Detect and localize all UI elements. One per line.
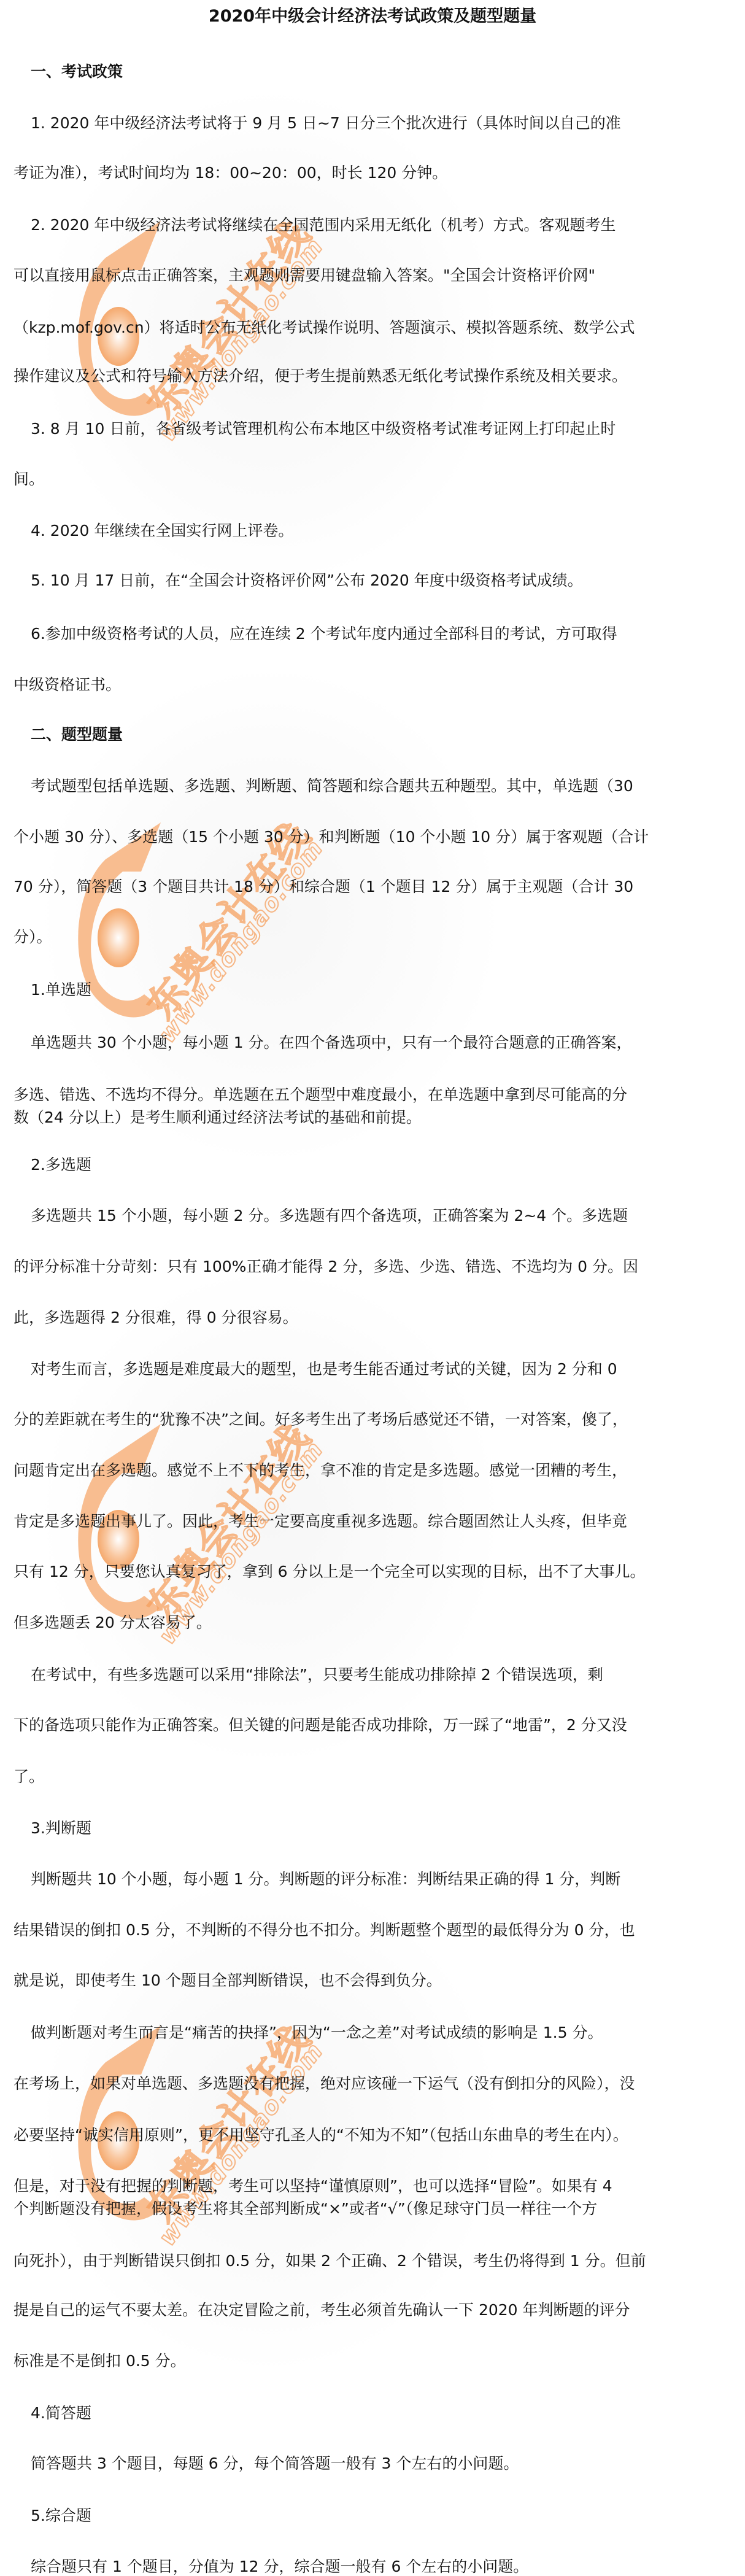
policy-item-2-cont: （kzp.mof.gov.cn）将适时公布无纸化考试操作说明、答题演示、模拟答题…	[14, 319, 635, 337]
multiple-choice-para-2-cont: 只有 12 分，只要您认真复习了，拿到 6 分以上是一个完全可以实现的目标，出不…	[14, 1563, 646, 1581]
subheading-comprehensive: 5.综合题	[31, 2507, 91, 2525]
policy-item-4: 4. 2020 年继续在全国实行网上评卷。	[31, 522, 293, 540]
multiple-choice-para-2-cont: 问题肯定出在多选题。感觉不上不下的考生，拿不准的肯定是多选题。感觉一团糟的考生，	[14, 1461, 627, 1480]
multiple-choice-para-2: 对考生而言，多选题是难度最大的题型，也是考生能否通过考试的关键，因为 2 分和 …	[31, 1360, 617, 1379]
types-intro-cont: 个小题 30 分）、多选题（15 个小题 30 分）和判断题（10 个小题 10…	[14, 828, 649, 846]
multiple-choice-para-1-cont: 此，多选题得 2 分很难，得 0 分很容易。	[14, 1309, 298, 1327]
subheading-multiple-choice: 2.多选题	[31, 1156, 91, 1174]
true-false-para-2-cont: 向死扑），由于判断错误只倒扣 0.5 分，如果 2 个正确、2 个错误，考生仍将…	[14, 2252, 646, 2270]
true-false-para-2: 做判断题对考生而言是“痛苦的抉择”，因为“一念之差”对考试成绩的影响是 1.5 …	[31, 2024, 603, 2042]
section-heading-policy: 一、考试政策	[31, 63, 123, 81]
article: 2020年中级会计经济法考试政策及题型题量 一、考试政策 1. 2020 年中级…	[0, 0, 745, 2576]
true-false-para-2-cont: 标准是不是倒扣 0.5 分。	[14, 2352, 186, 2370]
multiple-choice-para-2-cont: 但多选题丢 20 分太容易了。	[14, 1614, 212, 1632]
multiple-choice-para-1-cont: 的评分标准十分苛刻：只有 100%正确才能得 2 分，多选、少选、错选、不选均为…	[14, 1258, 638, 1276]
true-false-para-1-cont: 结果错误的倒扣 0.5 分，不判断的不得分也不扣分。判断题整个题型的最低得分为 …	[14, 1921, 635, 1940]
policy-item-6-cont: 中级资格证书。	[14, 676, 121, 694]
types-intro-cont: 70 分），简答题（3 个题目共计 18 分）和综合题（1 个题目 12 分）属…	[14, 878, 633, 896]
single-choice-para-cont: 数（24 分以上）是考生顺利通过经济法考试的基础和前提。	[14, 1108, 422, 1127]
true-false-para-2-cont: 必要坚持“诚实信用原则”，更不用坚守孔圣人的“不知为不知”（包括山东曲阜的考生在…	[14, 2126, 628, 2145]
short-answer-para: 简答题共 3 个题目，每题 6 分，每个简答题一般有 3 个左右的小问题。	[31, 2454, 519, 2473]
multiple-choice-para-3-cont: 了。	[14, 1768, 44, 1786]
types-intro: 考试题型包括单选题、多选题、判断题、简答题和综合题共五种题型。其中，单选题（30	[31, 777, 633, 795]
single-choice-para: 单选题共 30 个小题，每小题 1 分。在四个备选项中，只有一个最符合题意的正确…	[31, 1034, 632, 1052]
policy-item-5: 5. 10 月 17 日前，在“全国会计资格评价网”公布 2020 年度中级资格…	[31, 571, 583, 590]
multiple-choice-para-1: 多选题共 15 个小题，每小题 2 分。多选题有四个备选项，正确答案为 2~4 …	[31, 1207, 628, 1225]
subheading-short-answer: 4.简答题	[31, 2404, 91, 2423]
policy-item-2-cont: 可以直接用鼠标点击正确答案，主观题则需要用键盘输入答案。"全国会计资格评价网"	[14, 266, 595, 285]
single-choice-para-cont: 多选、错选、不选均不得分。单选题在五个题型中难度最小，在单选题中拿到尽可能高的分	[14, 1086, 627, 1104]
policy-item-3-cont: 间。	[14, 470, 44, 489]
policy-item-1-cont: 考证为准），考试时间均为 18：00~20：00，时长 120 分钟。	[14, 164, 447, 182]
multiple-choice-para-3-cont: 下的备选项只能作为正确答案。但关键的问题是能否成功排除，万一踩了“地雷”，2 分…	[14, 1716, 627, 1735]
true-false-para-2-cont: 提是自己的运气不要太差。在决定冒险之前，考生必须首先确认一下 2020 年判断题…	[14, 2301, 630, 2319]
policy-item-1: 1. 2020 年中级经济法考试将于 9 月 5 日~7 日分三个批次进行（具体…	[31, 114, 621, 133]
section-heading-question-types: 二、题型题量	[31, 725, 123, 744]
multiple-choice-para-3: 在考试中，有些多选题可以采用“排除法”，只要考生能成功排除掉 2 个错误选项，剩	[31, 1666, 603, 1684]
true-false-para-2-cont: 个判断题没有把握，假设考生将其全部判断成“×”或者“√”（像足球守门员一样往一个…	[14, 2200, 597, 2218]
policy-item-6: 6.参加中级资格考试的人员，应在连续 2 个考试年度内通过全部科目的考试，方可取…	[31, 625, 617, 643]
true-false-para-1-cont: 就是说，即使考生 10 个题目全部判断错误，也不会得到负分。	[14, 1971, 442, 1990]
page-title: 2020年中级会计经济法考试政策及题型题量	[0, 7, 745, 26]
comprehensive-para: 综合题只有 1 个题目，分值为 12 分，综合题一般有 6 个左右的小问题。	[31, 2558, 528, 2576]
subheading-single-choice: 1.单选题	[31, 981, 91, 999]
policy-item-3: 3. 8 月 10 日前，各省级考试管理机构公布本地区中级资格考试准考证网上打印…	[31, 420, 616, 438]
policy-item-2-cont: 操作建议及公式和符号输入方法介绍，便于考生提前熟悉无纸化考试操作系统及相关要求。	[14, 367, 627, 385]
multiple-choice-para-2-cont: 分的差距就在考生的“犹豫不决”之间。好多考生出了考场后感觉还不错，一对答案，傻了…	[14, 1410, 628, 1429]
multiple-choice-para-2-cont: 肯定是多选题出事儿了。因此，考生一定要高度重视多选题。综合题固然让人头疼，但毕竟	[14, 1512, 627, 1531]
true-false-para-1: 判断题共 10 个小题，每小题 1 分。判断题的评分标准：判断结果正确的得 1 …	[31, 1870, 620, 1889]
policy-item-2: 2. 2020 年中级经济法考试将继续在全国范围内采用无纸化（机考）方式。客观题…	[31, 216, 616, 234]
true-false-para-2-cont: 在考场上，如果对单选题、多选题没有把握，绝对应该碰一下运气（没有倒扣分的风险），…	[14, 2075, 635, 2093]
subheading-true-false: 3.判断题	[31, 1819, 91, 1838]
types-intro-cont: 分）。	[14, 928, 52, 946]
true-false-para-2-cont: 但是，对于没有把握的判断题，考生可以坚持“谨慎原则”，也可以选择“冒险”。如果有…	[14, 2177, 612, 2195]
